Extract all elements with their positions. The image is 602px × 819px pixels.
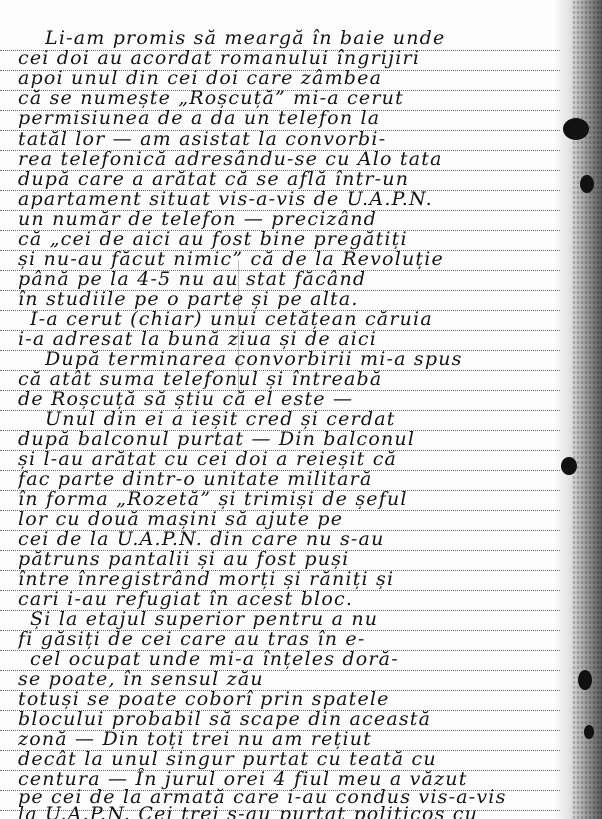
- text-line: cel ocupat unde mi-a înțeles doră-: [30, 648, 570, 670]
- punch-hole-mark: [580, 175, 594, 193]
- text-line: i-a adresat la bună ziua și de aici: [18, 328, 558, 350]
- text-line: rea telefonică adresându-se cu Alo tata: [18, 148, 558, 170]
- text-line: între înregistrând morți și răniți și: [18, 568, 558, 590]
- text-line: după balconul purtat — Din balconul: [18, 428, 558, 450]
- text-line: fac parte dintr-o unitate militară: [18, 468, 558, 490]
- text-line: la U.A.P.N. Cei trei s-au purtat politic…: [18, 803, 558, 819]
- punch-hole-mark: [584, 725, 594, 739]
- text-line: în forma „Rozetă” și trimiși de șeful: [18, 488, 558, 510]
- punch-hole-mark: [561, 457, 577, 475]
- text-line: fi găsiți de cei care au tras în e-: [18, 628, 558, 650]
- text-line: după care a arătat că se află într-un: [18, 168, 558, 190]
- text-line: pătruns pantalii și au fost puși: [18, 548, 558, 570]
- text-line: lor cu două mașini să ajute pe: [18, 508, 558, 530]
- text-line: că se numește „Roșcuță” mi-a cerut: [18, 87, 558, 109]
- text-line: apoi unul din cei doi care zâmbea: [18, 67, 558, 89]
- text-line: După terminarea convorbirii mi-a spus: [45, 348, 585, 370]
- punch-hole-mark: [578, 670, 592, 690]
- text-line: blocului probabil să scape din această: [18, 708, 558, 730]
- text-line: I-a cerut (chiar) unui cetățean căruia: [30, 308, 570, 330]
- text-line: apartament situat vis-a-vis de U.A.P.N.: [18, 188, 558, 210]
- text-line: cei doi au acordat romanului îngrijiri: [18, 47, 558, 69]
- text-line: permisiunea de a da un telefon la: [18, 107, 558, 129]
- text-line: totuși se poate coborî prin spatele: [18, 688, 558, 710]
- text-line: până pe la 4-5 nu au stat făcând: [18, 268, 558, 290]
- text-line: zonă — Din toți trei nu am rețiut: [18, 728, 558, 750]
- text-line: cei de la U.A.P.N. din care nu s-au: [18, 528, 558, 550]
- text-line: în studiile pe o parte și pe alta.: [18, 288, 558, 310]
- text-line: se poate, în sensul zău: [18, 668, 558, 690]
- text-line: decât la unul singur purtat cu teată cu: [18, 748, 558, 770]
- text-line: tatăl lor — am asistat la convorbi-: [18, 128, 558, 150]
- punch-hole-mark: [563, 118, 589, 140]
- document-page: Li-am promis să meargă în baie unde cei …: [0, 0, 602, 819]
- text-line: Unul din ei a ieșit cred și cerdat: [45, 408, 585, 430]
- text-line: că atât suma telefonul și întreabă: [18, 368, 558, 390]
- text-line: că „cei de aici au fost bine pregătiți: [18, 228, 558, 250]
- text-line: Li-am promis să meargă în baie unde: [45, 27, 585, 49]
- text-line: un număr de telefon — precizând: [18, 208, 558, 230]
- text-line: cari i-au refugiat în acest bloc.: [18, 588, 558, 610]
- text-line: și l-au arătat cu cei doi a reieșit că: [18, 448, 558, 470]
- text-line: Și la etajul superior pentru a nu: [30, 608, 570, 630]
- text-line: de Roșcuță să știu că el este —: [18, 388, 558, 410]
- text-line: și nu-au făcut nimic” că de la Revoluție: [18, 248, 558, 270]
